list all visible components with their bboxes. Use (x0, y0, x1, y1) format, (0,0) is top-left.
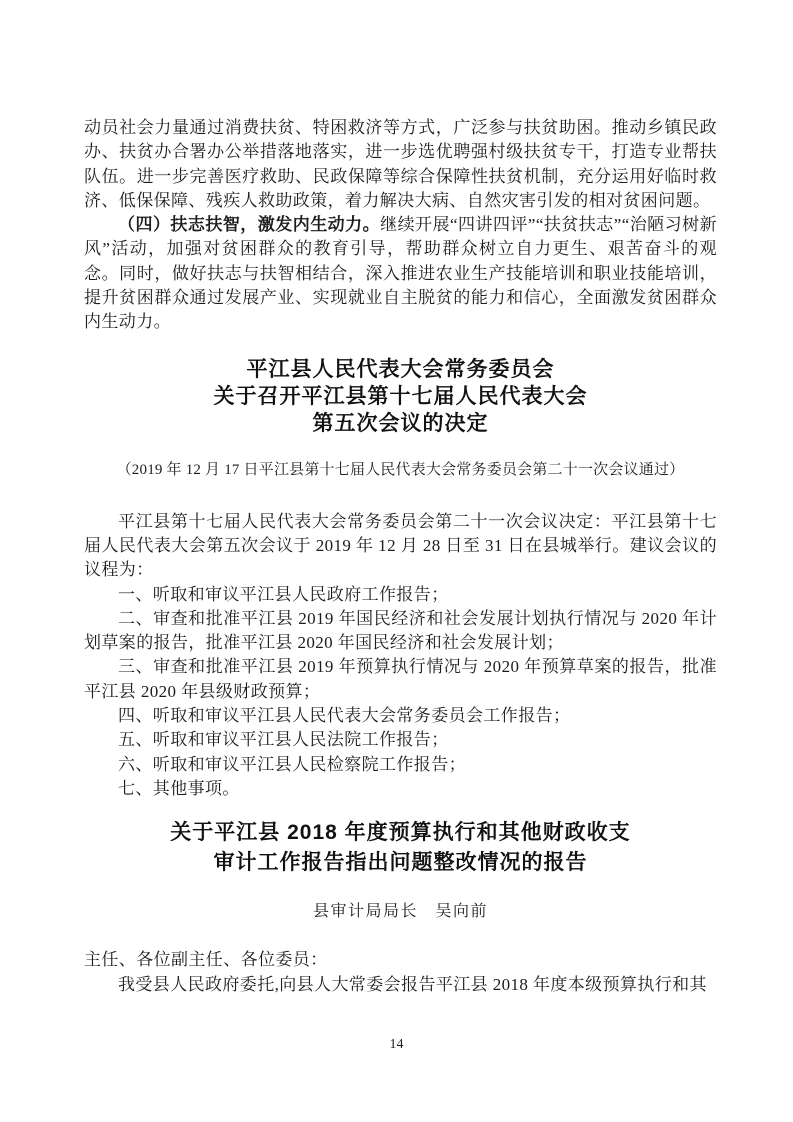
poverty-alleviation-section: 动员社会力量通过消费扶贫、特困救济等方式，广泛参与扶贫助困。推动乡镇民政办、扶贫… (84, 116, 717, 335)
audit-report-body-section: 主任、各位副主任、各位委员： 我受县人民政府委托,向县人大常委会报告平江县 20… (84, 948, 717, 997)
paragraph-fuzhi-fuzhi: （四）扶志扶智，激发内生动力。继续开展“四讲四评”“扶贫扶志”“治陋习树新风”活… (84, 213, 717, 334)
audit-report-title-line-2: 审计工作报告指出问题整改情况的报告 (84, 848, 717, 878)
agenda-item-4: 四、听取和审议平江县人民代表大会常务委员会工作报告； (84, 704, 717, 728)
agenda-item-5: 五、听取和审议平江县人民法院工作报告； (84, 728, 717, 752)
decision-title-line-1: 平江县人民代表大会常务委员会 (84, 356, 717, 383)
document-page: 动员社会力量通过消费扶贫、特困救济等方式，广泛参与扶贫助困。推动乡镇民政办、扶贫… (0, 0, 793, 1122)
report-opening-paragraph: 我受县人民政府委托,向县人大常委会报告平江县 2018 年度本级预算执行和其 (84, 973, 717, 997)
paragraph-social-aid: 动员社会力量通过消费扶贫、特困救济等方式，广泛参与扶贫助困。推动乡镇民政办、扶贫… (84, 116, 717, 213)
decision-title-line-3: 第五次会议的决定 (84, 410, 717, 437)
decision-title: 平江县人民代表大会常务委员会 关于召开平江县第十七届人民代表大会 第五次会议的决… (84, 356, 717, 437)
presenter-line: 县审计局局长 吴向前 (84, 902, 717, 922)
decision-body-section: 平江县第十七届人民代表大会常务委员会第二十一次会议决定：平江县第十七届人民代表大… (84, 510, 717, 802)
passage-note: （2019 年 12 月 17 日平江县第十七届人民代表大会常务委员会第二十一次… (84, 460, 717, 480)
agenda-item-1: 一、听取和审议平江县人民政府工作报告； (84, 583, 717, 607)
audit-report-title-line-1: 关于平江县 2018 年度预算执行和其他财政收支 (84, 818, 717, 848)
agenda-item-7: 七、其他事项。 (84, 777, 717, 801)
agenda-item-3: 三、审查和批准平江县 2019 年预算执行情况与 2020 年预算草案的报告，批… (84, 655, 717, 704)
agenda-item-6: 六、听取和审议平江县人民检察院工作报告； (84, 753, 717, 777)
decision-intro-paragraph: 平江县第十七届人民代表大会常务委员会第二十一次会议决定：平江县第十七届人民代表大… (84, 510, 717, 583)
audit-report-title: 关于平江县 2018 年度预算执行和其他财政收支 审计工作报告指出问题整改情况的… (84, 818, 717, 878)
page-number: 14 (0, 1036, 793, 1054)
paragraph-bold-lead: （四）扶志扶智，激发内生动力。 (118, 215, 380, 234)
salutation-line: 主任、各位副主任、各位委员： (84, 948, 717, 972)
agenda-item-2: 二、审查和批准平江县 2019 年国民经济和社会发展计划执行情况与 2020 年… (84, 607, 717, 656)
decision-title-line-2: 关于召开平江县第十七届人民代表大会 (84, 383, 717, 410)
